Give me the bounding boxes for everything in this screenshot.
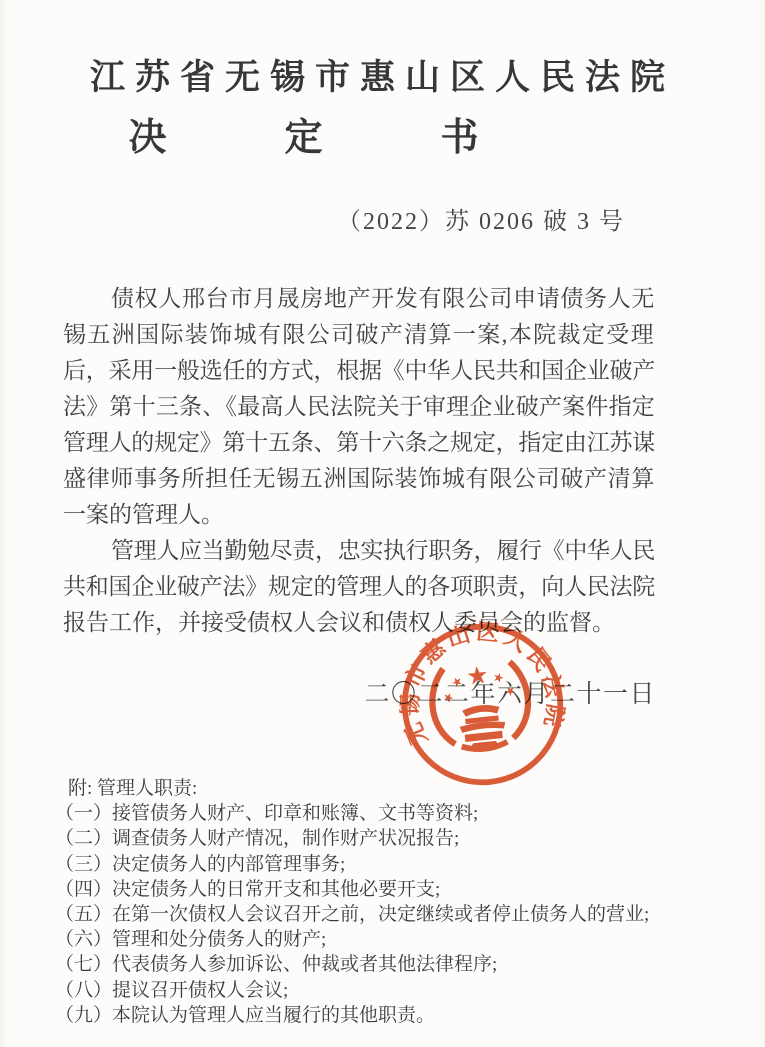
body-line: 盛律师事务所担任无锡五洲国际装饰城有限公司破产清算 [63, 461, 655, 497]
appendix-item: （四）决定债务人的日常开支和其他必要开支; [55, 877, 745, 902]
body-line: 共和国企业破产法》规定的管理人的各项职责，向人民法院 [63, 569, 655, 605]
body-line: 管理人应当勤勉尽责，忠实执行职务，履行《中华人民 [63, 533, 655, 569]
body-line: 法》第十三条、《最高人民法院关于审理企业破产案件指定 [63, 389, 655, 425]
body-line: 管理人的规定》第十五条、第十六条之规定，指定由江苏谋 [63, 425, 655, 461]
court-seal: 无锡市惠山区人民法院 ★ ★ ★ ★ ★ [391, 613, 575, 797]
appendix: 附: 管理人职责: （一）接管债务人财产、印章和账簿、文书等资料; （二）调查债… [55, 776, 745, 1028]
star-icon: ★ [439, 689, 457, 707]
body-line: 后，采用一般选任的方式，根据《中华人民共和国企业破产 [63, 353, 655, 389]
appendix-item: （三）决定债务人的内部管理事务; [55, 852, 745, 877]
body-line: 锡五洲国际装饰城有限公司破产清算一案,本院裁定受理 [63, 317, 655, 353]
document-page: 江苏省无锡市惠山区人民法院 决定书 （2022）苏 0206 破 3 号 债权人… [0, 0, 765, 1047]
body-line: 债权人邢台市月晟房地产开发有限公司申请债务人无 [63, 281, 655, 317]
star-icon: ★ [449, 673, 466, 691]
body-line: 报告工作，并接受债权人会议和债权人委员会的监督。 [63, 605, 655, 641]
appendix-item: （二）调查债务人财产情况，制作财产状况报告; [55, 826, 745, 851]
appendix-heading: 附: 管理人职责: [55, 776, 745, 801]
appendix-item: （五）在第一次债权人会议召开之前，决定继续或者停止债务人的营业; [55, 902, 745, 927]
document-body: 债权人邢台市月晟房地产开发有限公司申请债务人无 锡五洲国际装饰城有限公司破产清算… [63, 281, 655, 641]
star-icon: ★ [465, 662, 490, 691]
document-title: 决定书 [0, 106, 745, 161]
appendix-item: （六）管理和处分债务人的财产; [55, 927, 745, 952]
gate-roof [462, 703, 500, 717]
appendix-item: （七）代表债务人参加诉讼、仲裁或者其他法律程序; [55, 952, 745, 977]
star-icon: ★ [502, 682, 519, 700]
national-emblem-icon: ★ ★ ★ ★ ★ [429, 658, 533, 754]
appendix-item: （一）接管债务人财产、印章和账簿、文书等资料; [55, 801, 745, 826]
appendix-item: （九）本院认为管理人应当履行的其他职责。 [55, 1003, 745, 1028]
appendix-item: （八）提议召开债权人会议; [55, 978, 745, 1003]
star-icon: ★ [491, 669, 506, 686]
case-number: （2022）苏 0206 破 3 号 [337, 201, 625, 236]
body-line: 一案的管理人。 [63, 497, 655, 533]
court-name: 江苏省无锡市惠山区人民法院 [0, 50, 765, 100]
